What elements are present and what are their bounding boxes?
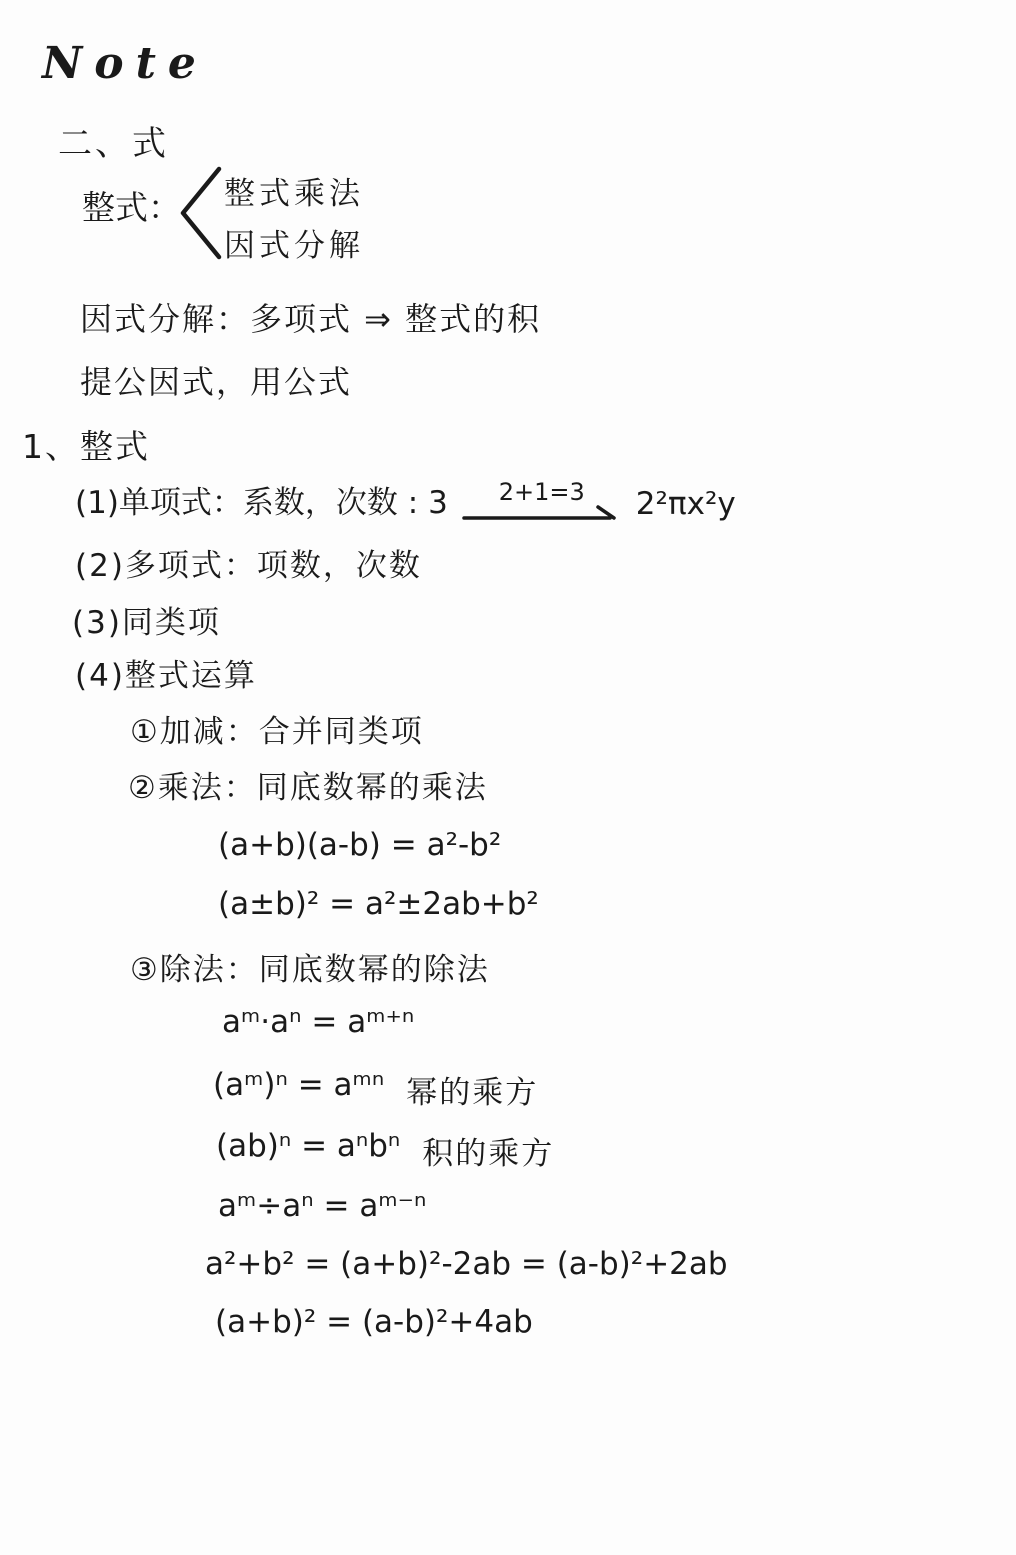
formula-power-of-power-line: (aᵐ)ⁿ = aᵐⁿ 幂的乘方: [213, 1067, 538, 1112]
op-division-line: ③除法：同底数幂的除法: [130, 944, 490, 989]
formula-perfect-square: (a±b)² = a²±2ab+b²: [218, 886, 539, 922]
formula-power-of-power: (aᵐ)ⁿ = aᵐⁿ: [213, 1067, 384, 1112]
factoring-definition-line: 因式分解：多项式 ⇒ 整式的积: [80, 294, 541, 340]
factoring-methods-line: 提公因式，用公式: [80, 357, 352, 403]
formula-product-of-powers: aᵐ·aⁿ = aᵐ⁺ⁿ: [222, 1004, 414, 1040]
formula-quotient-of-powers: aᵐ÷aⁿ = aᵐ⁻ⁿ: [218, 1188, 426, 1224]
formula-power-of-product: (ab)ⁿ = aⁿbⁿ: [216, 1128, 400, 1173]
section-zhengshi-heading: 1、整式: [22, 421, 150, 468]
identity-sum-of-squares: a²+b² = (a+b)²-2ab = (a-b)²+2ab: [205, 1246, 728, 1282]
monomial-text: (1)单项式：系数，次数 : 3: [75, 477, 448, 522]
degree-arrow-label: 2+1=3: [499, 480, 585, 504]
formula-power-of-power-note: 幂的乘方: [406, 1067, 538, 1112]
branch-item-factoring: 因式分解: [224, 220, 364, 265]
monomial-line: (1)单项式：系数，次数 : 3 2+1=3 2²πx²y: [75, 477, 736, 522]
formula-power-of-product-line: (ab)ⁿ = aⁿbⁿ 积的乘方: [216, 1128, 554, 1173]
like-terms-line: (3)同类项: [72, 597, 221, 642]
branch-label: 整式：: [82, 182, 181, 229]
degree-arrow: 2+1=3: [462, 480, 622, 522]
note-page: { "page": { "title": "Note" }, "colors":…: [0, 0, 1016, 1555]
identity-square-relation: (a+b)² = (a-b)²+4ab: [215, 1304, 533, 1340]
formula-difference-of-squares: (a+b)(a-b) = a²-b²: [218, 827, 501, 863]
monomial-example: 2²πx²y: [636, 486, 736, 522]
page-title: Note: [42, 38, 208, 89]
polynomial-line: (2)多项式：项数，次数: [75, 540, 422, 585]
operations-heading-line: (4)整式运算: [75, 650, 257, 695]
formula-power-of-product-note: 积的乘方: [422, 1128, 554, 1173]
branch-item-multiplication: 整式乘法: [224, 168, 364, 213]
op-addition-line: ①加减：合并同类项: [130, 706, 424, 751]
op-multiplication-line: ②乘法：同底数幂的乘法: [128, 762, 488, 807]
brace-icon: [178, 166, 222, 260]
section-shi-heading: 二、式: [58, 116, 169, 165]
right-arrow-icon: [462, 504, 622, 522]
